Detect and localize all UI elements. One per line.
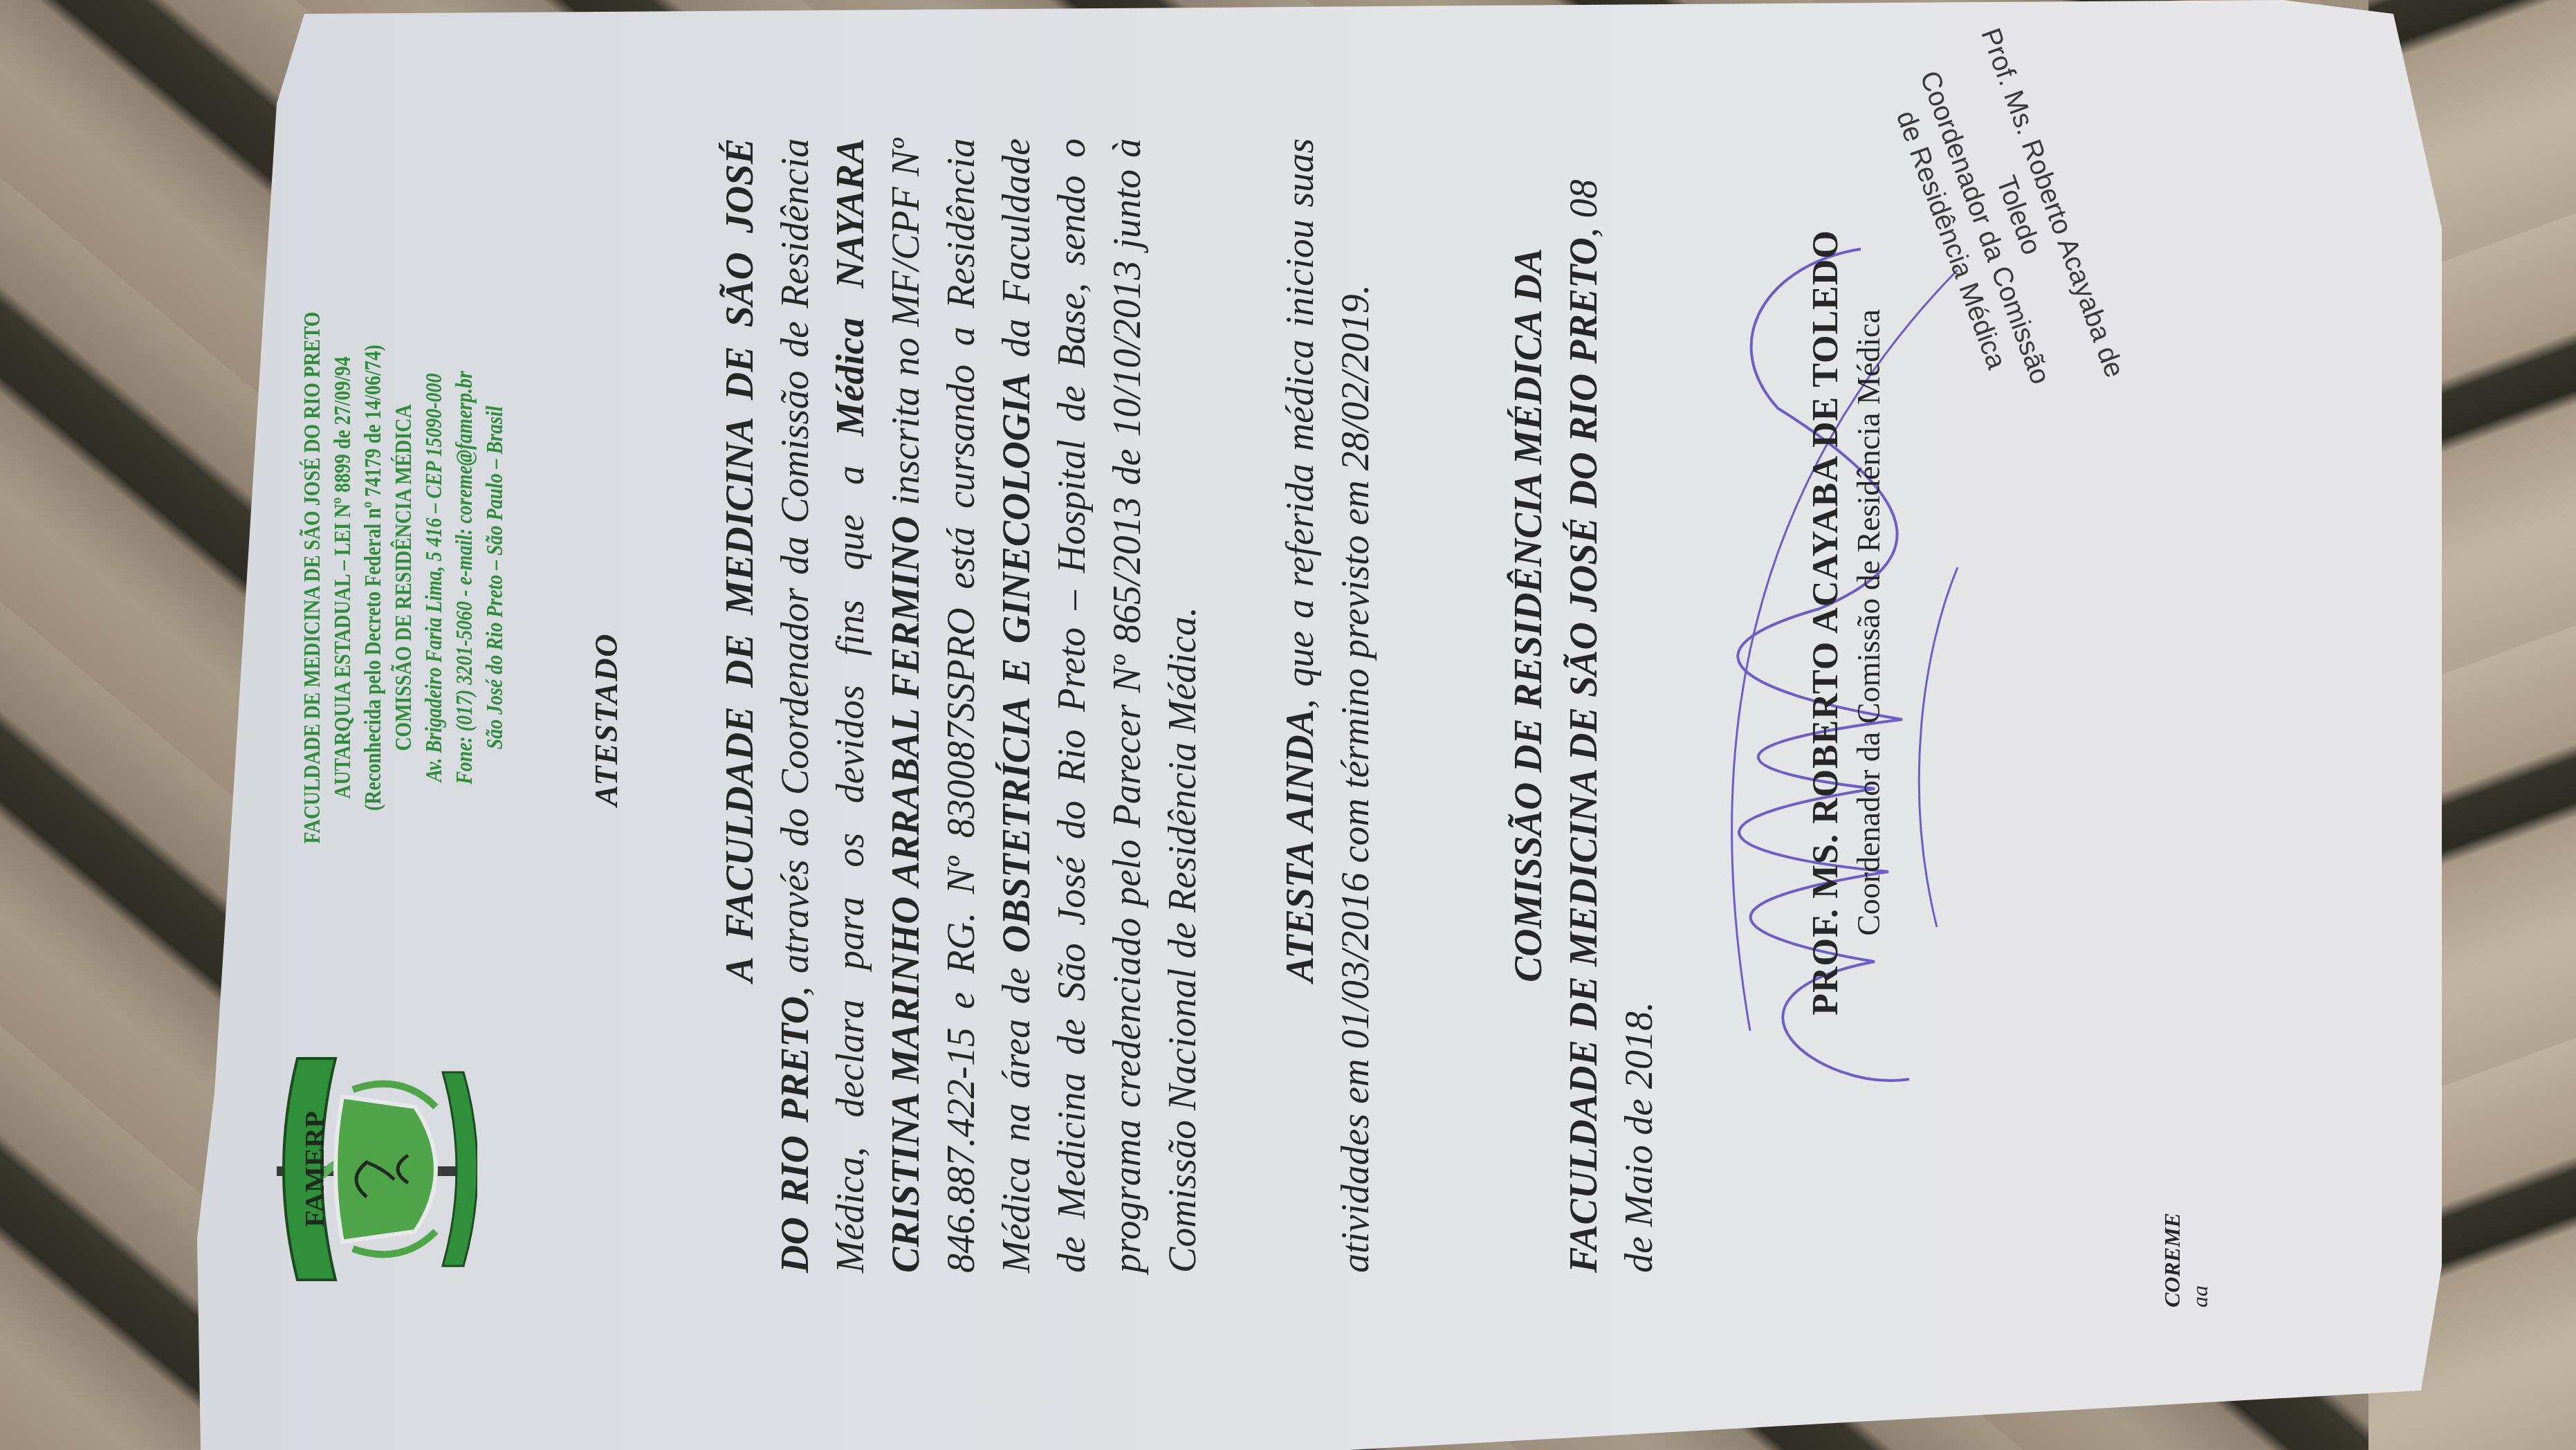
- institution-decree: (Reconhecida pelo Decreto Federal nº 741…: [358, 152, 389, 1003]
- letterhead: FAMERP FACULDADE DE MEDICINA DE SÃO JOSÉ…: [270, 90, 477, 1307]
- institution-city: São José do Rio Preto – São Paulo – Bras…: [480, 152, 510, 1003]
- signatory-role: Coordenador da Comissão de Residência Mé…: [1850, 208, 1887, 1038]
- document-title: ATESTADO: [588, 42, 625, 1397]
- footer-code: COREME: [2158, 1213, 2186, 1307]
- letterhead-text: FACULDADE DE MEDICINA DE SÃO JOSÉ DO RIO…: [297, 152, 510, 1003]
- certificate-document: FAMERP FACULDADE DE MEDICINA DE SÃO JOSÉ…: [228, 42, 2303, 1397]
- institution-address: Av. Brigadeiro Faria Lima, 5 416 – CEP 1…: [419, 152, 450, 1003]
- signatory-name: PROF. MS. ROBERTO ACAYABA DE TOLEDO: [1805, 208, 1846, 1038]
- institution-name: FACULDADE DE MEDICINA DE SÃO JOSÉ DO RIO…: [297, 152, 328, 1003]
- institution-legal: AUTARQUIA ESTADUAL – LEI Nº 8899 de 27/0…: [328, 152, 358, 1003]
- signatory-block: PROF. MS. ROBERTO ACAYABA DE TOLEDO Coor…: [1805, 208, 1887, 1038]
- paragraph-dates: ATESTA AINDA, que a referida médica inic…: [1273, 138, 1383, 1273]
- footer-reference: COREME aa: [2158, 1213, 2214, 1307]
- committee-name: COMISSÃO DE RESIDÊNCIA MÉDICA: [389, 152, 419, 1003]
- document-body: A FACULDADE DE MEDICINA DE SÃO JOSÉ DO R…: [712, 138, 1383, 1273]
- handwritten-signature: [1612, 235, 1971, 1135]
- paragraph-declaration: A FACULDADE DE MEDICINA DE SÃO JOSÉ DO R…: [712, 138, 1211, 1273]
- institution-contact: Fone: (017) 3201-5060 - e-mail: coreme@f…: [450, 152, 480, 1003]
- specialty: OBSTETRÍCIA E GINECOLOGIA: [995, 372, 1038, 953]
- famerp-crest-icon: FAMERP: [270, 1031, 477, 1307]
- footer-initials: aa: [2186, 1213, 2214, 1307]
- svg-text:FAMERP: FAMERP: [299, 1111, 330, 1227]
- closing-committee: COMISSÃO DE RESIDÊNCIA MÉDICA DA FACULDA…: [1507, 237, 1606, 1273]
